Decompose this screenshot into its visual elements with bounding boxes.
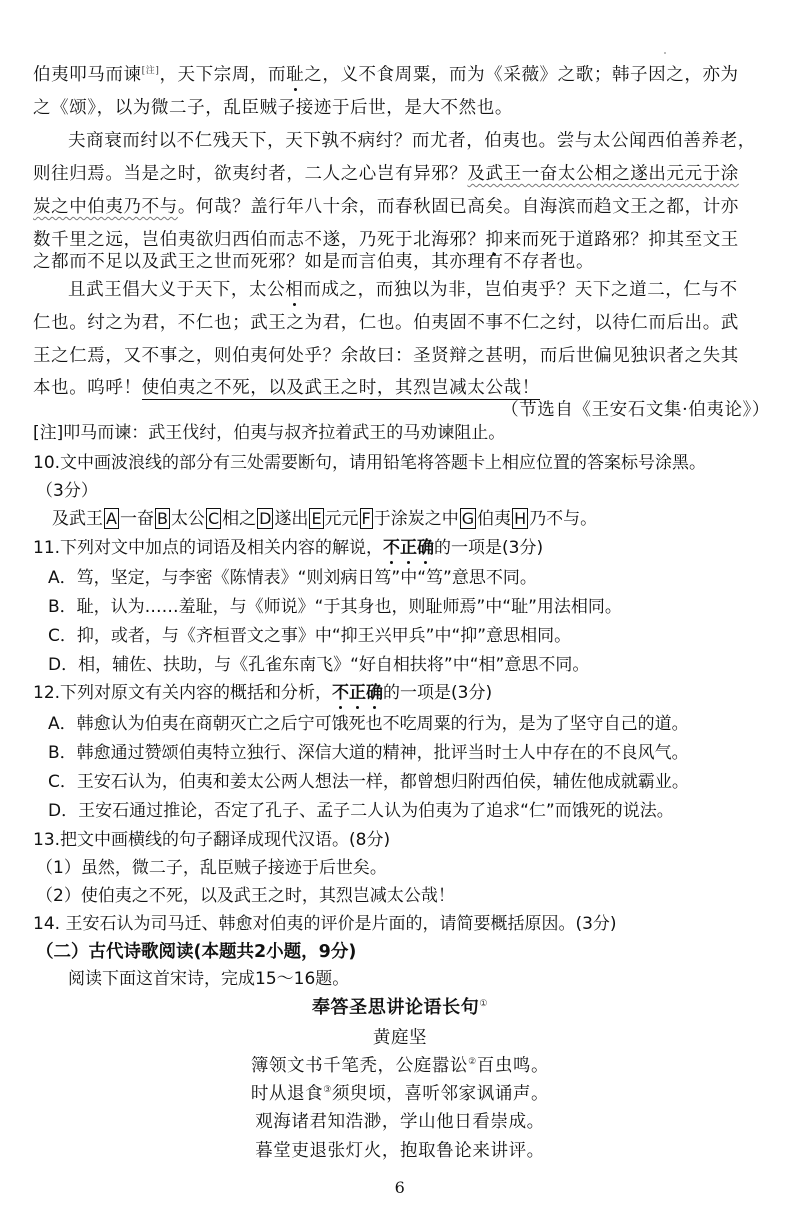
passage-p3-line2: 仁也。纣之为君，不仁也；武王之为君，仁也。伯夷固不事不仁之纣，以待仁而后出。武 (33, 311, 739, 335)
question-11-option-d[interactable]: D．相，辅佐、扶助，与《孔雀东南飞》“好自相扶将”中“相”意思不同。 (48, 653, 589, 677)
question-11-option-a[interactable]: A．笃，坚定，与李密《陈情表》“则刘病日笃”中“笃”意思不同。 (48, 566, 537, 590)
poem-line-1: 簿领文书千笔秃，公庭嚣讼②百虫鸣。 (0, 1054, 800, 1078)
question-13-item-2: （2）使伯夷之不死，以及武王之时，其烈岂减太公哉！ (36, 884, 455, 908)
question-12-option-d[interactable]: D．王安石通过推论，否定了孔子、孟子二人认为伯夷为了追求“仁”而饿死的说法。 (48, 799, 674, 823)
emphasis-que: 确 (417, 538, 434, 558)
page-number: 6 (0, 1176, 800, 1200)
question-14-stem: 14. 王安石认为司马迁、韩愈对伯夷的评价是片面的，请简要概括原因。(3分) (33, 912, 617, 936)
question-13-stem: 13.把文中画横线的句子翻译成现代汉语。(8分) (33, 828, 390, 852)
text: 本也。呜呼！ (33, 378, 142, 398)
note-marker: ② (468, 1057, 477, 1067)
emphasized-word-xiang: 相 (285, 280, 303, 300)
text: 簿领文书千笔秃，公庭嚣讼 (251, 1056, 468, 1076)
poem-line-3: 观海诸君知浩渺，学山他日看崇成。 (0, 1110, 800, 1134)
break-option-f[interactable]: F (360, 508, 373, 529)
poem-title-line: 奉答圣思讲论语长句① (0, 996, 800, 1020)
passage-p2-line4: 数千里之远，岂伯夷欲归西伯而志不遂，乃死于北海邪？抑来而死于道路邪？抑其至文王 (33, 228, 739, 252)
poem-line-2: 时从退食③须臾顷，喜听邻家讽诵声。 (0, 1082, 800, 1106)
passage-p1-line2: 之《颂》，以为微二子，乱臣贼子接迹于后世，是大不然也。 (33, 96, 513, 120)
passage-p3-line3: 王之仁焉，又不事之，则伯夷何处乎？余故曰：圣贤辩之甚明，而后世偏见独识者之失其 (33, 344, 739, 368)
segment: 一奋 (120, 509, 154, 529)
text: 的一项是(3分) (383, 683, 492, 703)
text: 数千里之远，岂伯夷欲归西伯而志不遂，乃死于北海邪？ (33, 230, 486, 250)
break-option-g[interactable]: G (460, 508, 476, 529)
text: 则往归焉。当是之时，欲夷纣者，二人之心岂有异邪？ (33, 164, 467, 184)
section-instruction: 阅读下面这首宋诗，完成15～16题。 (68, 967, 349, 991)
underlined-sentence: 使伯夷之不死，以及武王之时，其烈岂减太公哉！ (142, 378, 540, 400)
segment: 太公 (171, 509, 205, 529)
passage-p2-line3: 炭之中伯夷乃不与。何哉？盖行年八十余，而春秋固已高矣。自海滨而趋文王之都，计亦 (33, 195, 739, 219)
segment: 乃不与。 (529, 509, 597, 529)
segment: 伯夷 (477, 509, 511, 529)
emphasized-word-yi: 抑 (486, 230, 504, 250)
question-12-option-a[interactable]: A．韩愈认为伯夷在商朝灭亡之后宁可饿死也不吃周粟的行为，是为了坚守自己的道。 (48, 712, 689, 736)
break-option-d[interactable]: D (257, 508, 273, 529)
break-option-a[interactable]: A (104, 508, 119, 529)
text: 的一项是(3分) (434, 538, 543, 558)
segment: 遂出 (274, 509, 308, 529)
segment: 元元 (325, 509, 359, 529)
question-10-stem: 10.文中画波浪线的部分有三处需要断句，请用铅笔将答题卡上相应位置的答案标号涂黑… (33, 451, 706, 475)
emphasized-word-chi: 耻 (286, 65, 304, 85)
text: 百虫鸣。 (477, 1056, 549, 1076)
passage-p1-line1: 伯夷叩马而谏[注]，天下宗周，而耻之，义不食周粟，而为《采薇》之歌；韩子因之，亦… (33, 63, 739, 87)
text: 且武王倡大义于天下，太公 (68, 280, 285, 300)
wavy-underlined-text: 及武王一奋太公相之遂出元元于涂 (467, 164, 739, 184)
emphasis-zheng: 正 (400, 538, 417, 558)
wavy-underlined-text: 炭之中伯夷乃不与 (33, 197, 178, 217)
passage-p2-line5: 之都而不足以及武王之世而死邪？如是而言伯夷，其亦理有不存者也。 (33, 250, 594, 274)
emphasis-zheng: 正 (349, 683, 366, 703)
note-marker: ① (479, 999, 488, 1009)
break-option-b[interactable]: B (155, 508, 170, 529)
text: 。何哉？盖行年八十余，而春秋固已高矣。自海滨而趋文王之都，计亦 (178, 197, 739, 217)
poem-line-4: 暮堂吏退张灯火，抱取鲁论来讲评。 (0, 1139, 800, 1163)
footnote: [注]叩马而谏：武王伐纣，伯夷与叔齐拉着武王的马劝谏阻止。 (33, 421, 505, 445)
question-12-stem: 12.下列对原文有关内容的概括和分析，不正确的一项是(3分) (33, 681, 492, 705)
text: ，天下宗周，而 (159, 65, 286, 85)
question-10-score: （3分） (36, 479, 98, 503)
poem-title: 奉答圣思讲论语长句 (312, 997, 479, 1018)
question-11-option-c[interactable]: C．抑，或者，与《齐桓晋文之事》中“抑王兴甲兵”中“抑”意思相同。 (48, 624, 571, 648)
emphasis-bu: 不 (383, 538, 400, 558)
segment: 相之 (222, 509, 256, 529)
passage-p2-line2: 则往归焉。当是之时，欲夷纣者，二人之心岂有异邪？及武王一奋太公相之遂出元元于涂 (33, 162, 739, 186)
passage-p3-line1: 且武王倡大义于天下，太公相而成之，而独以为非，岂伯夷乎？天下之道二，仁与不 (68, 278, 738, 302)
text: 而成之，而独以为非，岂伯夷乎？天下之道二，仁与不 (303, 280, 737, 300)
text: 来而死于道路邪？抑其至文王 (504, 230, 739, 250)
segment: 于涂炭之中 (374, 509, 459, 529)
question-10-segments: 及武王A一奋B太公C相之D遂出E元元F于涂炭之中G伯夷H乃不与。 (52, 507, 597, 531)
section-heading: （二）古代诗歌阅读(本题共2小题，9分) (36, 940, 356, 964)
question-11-option-b[interactable]: B．耻，认为……羞耻，与《师说》“于其身也，则耻师焉”中“耻”用法相同。 (48, 595, 622, 619)
break-option-e[interactable]: E (309, 508, 323, 529)
scan-speck (664, 52, 666, 54)
emphasis-que: 确 (366, 683, 383, 703)
question-11-stem: 11.下列对文中加点的词语及相关内容的解说，不正确的一项是(3分) (33, 536, 543, 560)
segment: 及武王 (52, 509, 103, 529)
passage-p2-line1: 夫商衰而纣以不仁残天下，天下孰不病纣？而尤者，伯夷也。尝与太公闻西伯善养老， (68, 129, 756, 153)
question-13-item-1: （1）虽然，微二子，乱臣贼子接迹于后世矣。 (36, 856, 387, 880)
source-citation: （节选自《王安石文集·伯夷论》） (501, 398, 770, 422)
text: 须臾顷，喜听邻家讽诵声。 (332, 1084, 549, 1104)
text: 之，义不食周粟，而为《采薇》之歌；韩子因之，亦为 (304, 65, 738, 85)
passage-p3-line4: 本也。呜呼！使伯夷之不死，以及武王之时，其烈岂减太公哉！ (33, 376, 540, 400)
question-12-option-c[interactable]: C．王安石认为，伯夷和姜太公两人想法一样，都曾想归附西伯侯，辅佐他成就霸业。 (48, 770, 689, 794)
poem-author: 黄庭坚 (0, 1026, 800, 1050)
break-option-c[interactable]: C (206, 508, 221, 529)
text: 时从退食 (251, 1084, 323, 1104)
note-marker: ③ (323, 1085, 332, 1095)
text: 伯夷叩马而谏 (33, 65, 142, 85)
text: 11.下列对文中加点的词语及相关内容的解说， (33, 538, 383, 558)
break-option-h[interactable]: H (512, 508, 528, 529)
note-marker: [注] (142, 66, 160, 76)
text: 12.下列对原文有关内容的概括和分析， (33, 683, 332, 703)
emphasis-bu: 不 (332, 683, 349, 703)
question-12-option-b[interactable]: B．韩愈通过赞颂伯夷特立独行、深信大道的精神，批评当时士人中存在的不良风气。 (48, 741, 689, 765)
